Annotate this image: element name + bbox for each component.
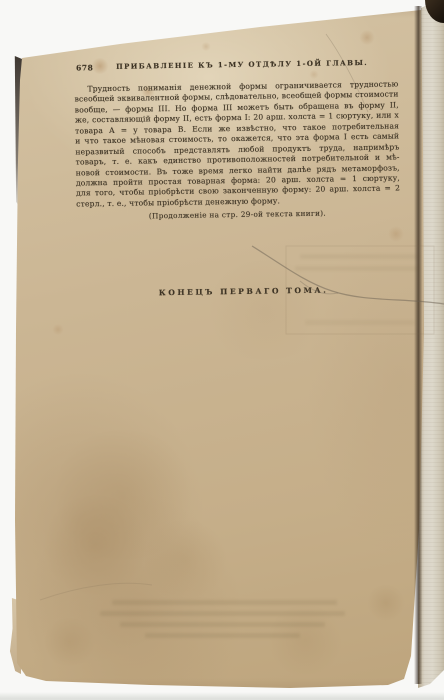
- page-number: 678: [76, 63, 93, 72]
- page-gutter-seam: [414, 6, 422, 684]
- end-of-volume-line: КОНЕЦЪ ПЕРВАГО ТОМА.: [84, 284, 404, 298]
- book-photo: 678 ПРИБАВЛЕНІЕ КЪ 1-МУ ОТДѢЛУ 1-ОЙ ГЛАВ…: [0, 0, 444, 700]
- paragraph: Трудность пониманія денежной формы огран…: [70, 79, 400, 209]
- continuation-note: (Продолженіе на стр. 29-ой текста книги)…: [72, 208, 402, 222]
- table-surface-shadow: [0, 692, 444, 700]
- page-content: 678 ПРИБАВЛЕНІЕ КЪ 1-МУ ОТДѢЛУ 1-ОЙ ГЛАВ…: [70, 57, 410, 682]
